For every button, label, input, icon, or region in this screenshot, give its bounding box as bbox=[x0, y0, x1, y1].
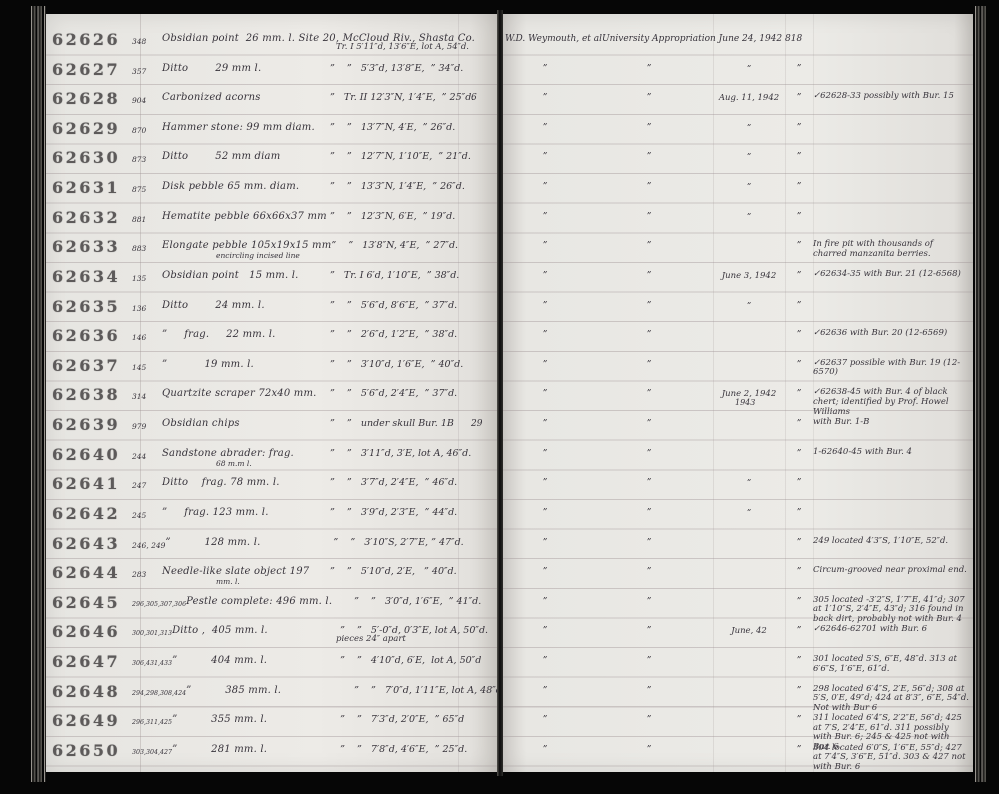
ditto-mark: ” bbox=[785, 360, 813, 370]
specimen-numbers: 247 bbox=[132, 481, 162, 490]
description-note: mm. l. bbox=[216, 577, 240, 586]
fund-accession: ” bbox=[585, 212, 713, 222]
catalog-number-stamp: 62640 bbox=[46, 445, 132, 464]
description: ” 281 mm. l. bbox=[172, 744, 340, 755]
collector: ” bbox=[503, 93, 585, 103]
ledger-row-right: ” ” June 3, 1942 ” ✓62634-35 with Bur. 2… bbox=[503, 263, 973, 293]
fund-accession: ” bbox=[585, 182, 713, 192]
fund-accession: ” bbox=[585, 64, 713, 74]
specimen-numbers: 244 bbox=[132, 452, 162, 461]
ledger-row: 62627 357 Ditto 29 mm l. ” ” 5′3″d, 13′8… bbox=[46, 56, 497, 86]
ditto-mark: ” bbox=[785, 241, 813, 251]
specimen-numbers: 306,431,433 bbox=[132, 660, 172, 667]
fund-accession: ” bbox=[585, 152, 713, 162]
description: ” frag. 22 mm. l. bbox=[162, 329, 330, 340]
description: Hematite pebble 66x66x37 mm bbox=[162, 211, 330, 222]
right-page-rows: W.D. Weymouth, et al University Appropri… bbox=[503, 26, 973, 772]
remarks: Circum-grooved near proximal end. bbox=[813, 566, 973, 576]
specimen-numbers: 296,305,307,306 bbox=[132, 601, 186, 608]
ledger-row-right: ” ” ” ” bbox=[503, 293, 973, 323]
collector: ” bbox=[503, 715, 585, 725]
catalog-number-stamp: 62637 bbox=[46, 356, 132, 375]
collector: W.D. Weymouth, et al bbox=[503, 34, 602, 44]
provenience: ” ” 5′6″d, 2′4″E, ” 37″d. bbox=[330, 388, 497, 399]
collector: ” bbox=[503, 538, 585, 548]
catalog-number-stamp: 62626 bbox=[46, 30, 132, 49]
ledger-row-right: ” ” ” In fire pit with thousands of char… bbox=[503, 233, 973, 263]
specimen-numbers: 283 bbox=[132, 570, 162, 579]
provenience: ” ” 7′8″d, 4′6″E, ” 25″d. bbox=[340, 744, 497, 755]
catalog-number-stamp: 62638 bbox=[46, 385, 132, 404]
collector: ” bbox=[503, 152, 585, 162]
ledger-row-right: ” ” ” ✓62637 possible with Bur. 19 (12-6… bbox=[503, 352, 973, 382]
remarks: 249 located 4′3″S, 1′10″E, 52″d. bbox=[813, 537, 973, 547]
ditto-mark: ” bbox=[785, 330, 813, 340]
remarks: 304 located 6′0″S, 1′6″E, 55″d; 427 at 7… bbox=[813, 744, 973, 773]
description: ” 128 mm. l. bbox=[165, 537, 333, 548]
ditto-mark: ” bbox=[785, 538, 813, 548]
ledger-row: 62632 881 Hematite pebble 66x66x37 mm ” … bbox=[46, 204, 497, 234]
date: Aug. 11, 1942 bbox=[713, 93, 785, 103]
description: Obsidian point 15 mm. l. bbox=[162, 270, 330, 281]
catalog-number-stamp: 62631 bbox=[46, 178, 132, 197]
ledger-row: 62645 296,305,307,306 Pestle complete: 4… bbox=[46, 589, 497, 619]
description: Ditto 52 mm diam bbox=[162, 151, 330, 162]
provenience: ” ” 4′10″d, 6′E, lot A, 50″d bbox=[340, 655, 497, 666]
catalog-number-stamp: 62649 bbox=[46, 711, 132, 730]
collector: ” bbox=[503, 686, 585, 696]
ledger-row: 62650 303,304,427 ” 281 mm. l. ” ” 7′8″d… bbox=[46, 737, 497, 767]
catalog-number-stamp: 62632 bbox=[46, 208, 132, 227]
description: ” 19 mm. l. bbox=[162, 359, 330, 370]
remarks: with Bur. 1-B bbox=[813, 418, 973, 428]
date: June 3, 1942 bbox=[713, 271, 785, 281]
catalog-number-stamp: 62642 bbox=[46, 504, 132, 523]
collector: ” bbox=[503, 301, 585, 311]
ditto-mark: ” bbox=[785, 64, 813, 74]
ledger-row-right: ” ” ” with Bur. 1-B bbox=[503, 411, 973, 441]
date: ” bbox=[713, 64, 785, 74]
provenience: ” ” 3′7″d, 2′4″E, ” 46″d. bbox=[330, 477, 497, 488]
description: Hammer stone: 99 mm diam. bbox=[162, 122, 330, 133]
fund-accession: ” bbox=[585, 360, 713, 370]
provenience: ” ” 5′10″d, 2′E, ” 40″d. bbox=[330, 566, 497, 577]
ledger-row: 62633 883 Elongate pebble 105x19x15 mm ”… bbox=[46, 233, 497, 263]
catalog-number-stamp: 62628 bbox=[46, 89, 132, 108]
catalog-number-stamp: 62644 bbox=[46, 563, 132, 582]
ditto-mark: ” bbox=[785, 567, 813, 577]
specimen-numbers: 979 bbox=[132, 422, 162, 431]
ledger-row-right: ” ” ” ✓62636 with Bur. 20 (12-6569) bbox=[503, 322, 973, 352]
provenience: ” ” 3′11″d, 3′E, lot A, 46″d. bbox=[330, 448, 497, 459]
ditto-mark: ” bbox=[785, 449, 813, 459]
fund-accession: ” bbox=[585, 271, 713, 281]
collector: ” bbox=[503, 419, 585, 429]
ledger-row: 62643 246, 249 ” 128 mm. l. ” ” 3′10″S, … bbox=[46, 530, 497, 560]
ledger-row-right: ” ” ” 301 located 5′S, 6″E, 48″d. 313 at… bbox=[503, 648, 973, 678]
provenience: ” ” 7′3″d, 2′0″E, ” 65″d bbox=[340, 714, 497, 725]
ledger-row-right: ” ” ” ” bbox=[503, 56, 973, 86]
provenience: ” ” 13′3″N, 1′4″E, ” 26″d. bbox=[330, 181, 497, 192]
description: ” 355 mm. l. bbox=[172, 714, 340, 725]
ledger-row: 62638 314 Quartzite scraper 72x40 mm. ” … bbox=[46, 381, 497, 411]
specimen-numbers: 875 bbox=[132, 185, 162, 194]
ledger-page-right: W.D. Weymouth, et al University Appropri… bbox=[503, 14, 973, 772]
provenience: ” ” 13′8″N, 4″E, ” 27″d. bbox=[331, 240, 497, 251]
description: Ditto frag. 78 mm. l. bbox=[162, 477, 330, 488]
description-note: 68 m.m l. bbox=[216, 459, 252, 468]
fund-accession: ” bbox=[585, 419, 713, 429]
fund-accession: ” bbox=[585, 567, 713, 577]
description: Pestle complete: 496 mm. l. bbox=[186, 596, 354, 607]
provenience-note: Tr. I 5′11″d, 13′6″E, lot A, 54″d. bbox=[336, 42, 469, 52]
provenience: ” ” 12′7″N, 1′10″E, ” 21″d. bbox=[330, 151, 497, 162]
specimen-numbers: 314 bbox=[132, 392, 162, 401]
catalog-number-stamp: 62643 bbox=[46, 534, 132, 553]
ledger-row: 62641 247 Ditto frag. 78 mm. l. ” ” 3′7″… bbox=[46, 470, 497, 500]
description: Carbonized acorns bbox=[162, 92, 330, 103]
ledger-row: 62644 283 Needle-like slate object 197 ”… bbox=[46, 559, 497, 589]
ditto-mark: ” bbox=[785, 389, 813, 399]
ledger-row: 62642 245 ” frag. 123 mm. l. ” ” 3′9″d, … bbox=[46, 500, 497, 530]
fund-accession: ” bbox=[585, 656, 713, 666]
ledger-row-right: ” ” ” 305 located -3′2″S, 1′7″E, 41″d; 3… bbox=[503, 589, 973, 619]
ledger-row: 62630 873 Ditto 52 mm diam ” ” 12′7″N, 1… bbox=[46, 144, 497, 174]
date: ” bbox=[713, 301, 785, 311]
collector: ” bbox=[503, 212, 585, 222]
fund-accession: ” bbox=[585, 93, 713, 103]
specimen-numbers: 870 bbox=[132, 126, 162, 135]
ledger-row: 62637 145 ” 19 mm. l. ” ” 3′10″d, 1′6″E,… bbox=[46, 352, 497, 382]
date: ” bbox=[713, 212, 785, 222]
collector: ” bbox=[503, 389, 585, 399]
catalog-number-stamp: 62630 bbox=[46, 148, 132, 167]
ledger-row: 62646 300,301,313 Ditto , 405 mm. l. ” ”… bbox=[46, 618, 497, 648]
fund-accession: ” bbox=[585, 330, 713, 340]
remarks: ✓62637 possible with Bur. 19 (12-6570) bbox=[813, 359, 973, 378]
ditto-mark: ” bbox=[785, 271, 813, 281]
ditto-mark: ” bbox=[785, 182, 813, 192]
description: Quartzite scraper 72x40 mm. bbox=[162, 388, 330, 399]
catalog-number-stamp: 62633 bbox=[46, 237, 132, 256]
ditto-mark: ” bbox=[785, 419, 813, 429]
collector: ” bbox=[503, 330, 585, 340]
fund-accession: University Appropriation June 24, 1942 8… bbox=[602, 34, 802, 44]
catalog-number-stamp: 62635 bbox=[46, 297, 132, 316]
specimen-numbers: 883 bbox=[132, 244, 162, 253]
collector: ” bbox=[503, 360, 585, 370]
ledger-row-right: ” ” ” ” bbox=[503, 204, 973, 234]
description: Disk pebble 65 mm. diam. bbox=[162, 181, 330, 192]
catalog-number-stamp: 62646 bbox=[46, 622, 132, 641]
ledger-row: 62631 875 Disk pebble 65 mm. diam. ” ” 1… bbox=[46, 174, 497, 204]
count-note: 29 bbox=[471, 419, 491, 429]
ledger-row-right: ” ” ” ” bbox=[503, 115, 973, 145]
fund-accession: ” bbox=[585, 686, 713, 696]
ditto-mark: ” bbox=[785, 656, 813, 666]
catalog-number-stamp: 62648 bbox=[46, 682, 132, 701]
specimen-numbers: 904 bbox=[132, 96, 162, 105]
catalog-number-stamp: 62629 bbox=[46, 119, 132, 138]
date-note: 1943 bbox=[735, 398, 755, 407]
ledger-row: 62647 306,431,433 ” 404 mm. l. ” ” 4′10″… bbox=[46, 648, 497, 678]
collector: ” bbox=[503, 478, 585, 488]
date: ” bbox=[713, 182, 785, 192]
date: ” bbox=[713, 123, 785, 133]
fund-accession: ” bbox=[585, 478, 713, 488]
ledger-row-right: ” ” ” ” bbox=[503, 500, 973, 530]
ledger-row-right: ” ” ” 1-62640-45 with Bur. 4 bbox=[503, 441, 973, 471]
description: Needle-like slate object 197 bbox=[162, 566, 330, 577]
ditto-mark: ” bbox=[785, 93, 813, 103]
catalog-number-stamp: 62641 bbox=[46, 474, 132, 493]
ledger-row: 62648 294,298,308,424 ” 385 mm. l. ” ” 7… bbox=[46, 678, 497, 708]
collector: ” bbox=[503, 745, 585, 755]
left-page-rows: 62626 348 Obsidian point 26 mm. l. Site … bbox=[46, 26, 497, 772]
remarks: ✓62646-62701 with Bur. 6 bbox=[813, 625, 973, 635]
description: Ditto 29 mm l. bbox=[162, 63, 330, 74]
ledger-page-left: 62626 348 Obsidian point 26 mm. l. Site … bbox=[46, 14, 497, 772]
collector: ” bbox=[503, 656, 585, 666]
ditto-mark: ” bbox=[785, 686, 813, 696]
collector: ” bbox=[503, 597, 585, 607]
specimen-numbers: 294,298,308,424 bbox=[132, 690, 186, 697]
collector: ” bbox=[503, 508, 585, 518]
provenience: ” Tr. I 6′d, 1′10″E, ” 38″d. bbox=[330, 270, 497, 281]
remarks: 301 located 5′S, 6″E, 48″d. 313 at 6′6″S… bbox=[813, 655, 973, 674]
specimen-numbers: 246, 249 bbox=[132, 541, 165, 550]
remarks: ✓62628-33 possibly with Bur. 15 bbox=[813, 92, 973, 102]
remarks: 1-62640-45 with Bur. 4 bbox=[813, 448, 973, 458]
ledger-row: 62628 904 Carbonized acorns ” Tr. II 12′… bbox=[46, 85, 497, 115]
ledger-row: 62634 135 Obsidian point 15 mm. l. ” Tr.… bbox=[46, 263, 497, 293]
provenience: ” ” 7′0″d, 1′11″E, lot A, 48″d. bbox=[354, 685, 505, 696]
provenience-note: pieces 24″ apart bbox=[336, 634, 406, 644]
specimen-numbers: 135 bbox=[132, 274, 162, 283]
date: ” bbox=[713, 152, 785, 162]
ditto-mark: ” bbox=[785, 626, 813, 636]
ledger-row: 62649 296,311,425 ” 355 mm. l. ” ” 7′3″d… bbox=[46, 707, 497, 737]
catalog-number-stamp: 62650 bbox=[46, 741, 132, 760]
provenience: ” ” 2′6″d, 1′2″E, ” 38″d. bbox=[330, 329, 497, 340]
page-stack-edge-right bbox=[973, 6, 986, 782]
provenience: ” ” 5′6″d, 8′6″E, ” 37″d. bbox=[330, 300, 497, 311]
specimen-numbers: 296,311,425 bbox=[132, 719, 172, 726]
specimen-numbers: 348 bbox=[132, 37, 162, 46]
description: Sandstone abrader: frag. bbox=[162, 448, 330, 459]
catalog-number-stamp: 62647 bbox=[46, 652, 132, 671]
catalog-number-stamp: 62627 bbox=[46, 60, 132, 79]
specimen-numbers: 357 bbox=[132, 67, 162, 76]
catalog-number-stamp: 62645 bbox=[46, 593, 132, 612]
collector: ” bbox=[503, 241, 585, 251]
ledger-row-right: ” ” ” 304 located 6′0″S, 1′6″E, 55″d; 42… bbox=[503, 737, 973, 767]
collector: ” bbox=[503, 626, 585, 636]
provenience: ” ” 3′0″d, 1′6″E, ” 41″d. bbox=[354, 596, 497, 607]
specimen-numbers: 136 bbox=[132, 304, 162, 313]
fund-accession: ” bbox=[585, 745, 713, 755]
specimen-numbers: 245 bbox=[132, 511, 162, 520]
ditto-mark: ” bbox=[785, 715, 813, 725]
remarks: ✓62636 with Bur. 20 (12-6569) bbox=[813, 329, 973, 339]
provenience: ” ” 13′7″N, 4′E, ” 26″d. bbox=[330, 122, 497, 133]
ledger-row: 62636 146 ” frag. 22 mm. l. ” ” 2′6″d, 1… bbox=[46, 322, 497, 352]
catalog-number-stamp: 62634 bbox=[46, 267, 132, 286]
ditto-mark: ” bbox=[785, 597, 813, 607]
ledger-row-right: ” ” ” ” bbox=[503, 470, 973, 500]
fund-accession: ” bbox=[585, 301, 713, 311]
count-note: 6 bbox=[471, 93, 491, 103]
ditto-mark: ” bbox=[785, 212, 813, 222]
fund-accession: ” bbox=[585, 123, 713, 133]
specimen-numbers: 145 bbox=[132, 363, 162, 372]
collector: ” bbox=[503, 182, 585, 192]
provenience: ” ” 3′9″d, 2′3″E, ” 44″d. bbox=[330, 507, 497, 518]
fund-accession: ” bbox=[585, 241, 713, 251]
ledger-row-right: ” ” ” 311 located 6′4″S, 2′2″E, 56″d; 42… bbox=[503, 707, 973, 737]
specimen-numbers: 303,304,427 bbox=[132, 749, 172, 756]
ditto-mark: ” bbox=[785, 478, 813, 488]
ledger-row-right: ” ” ” ” bbox=[503, 144, 973, 174]
ditto-mark: ” bbox=[785, 745, 813, 755]
collector: ” bbox=[503, 271, 585, 281]
description: ” 404 mm. l. bbox=[172, 655, 340, 666]
ledger-row: 62639 979 Obsidian chips ” ” under skull… bbox=[46, 411, 497, 441]
description: Obsidian chips bbox=[162, 418, 330, 429]
description: Ditto 24 mm. l. bbox=[162, 300, 330, 311]
ditto-mark: ” bbox=[785, 301, 813, 311]
ditto-mark: ” bbox=[785, 508, 813, 518]
scanned-ledger-photo: 62626 348 Obsidian point 26 mm. l. Site … bbox=[0, 0, 999, 794]
provenience: ” ” 3′10″d, 1′6″E, ” 40″d. bbox=[330, 359, 497, 370]
fund-accession: ” bbox=[585, 538, 713, 548]
catalog-number-stamp: 62639 bbox=[46, 415, 132, 434]
fund-accession: ” bbox=[585, 597, 713, 607]
specimen-numbers: 881 bbox=[132, 215, 162, 224]
ledger-row: 62640 244 Sandstone abrader: frag. ” ” 3… bbox=[46, 441, 497, 471]
collector: ” bbox=[503, 449, 585, 459]
ledger-row-right: ” ” ” 249 located 4′3″S, 1′10″E, 52″d. bbox=[503, 530, 973, 560]
specimen-numbers: 146 bbox=[132, 333, 162, 342]
date: ” bbox=[713, 478, 785, 488]
ledger-row: 62635 136 Ditto 24 mm. l. ” ” 5′6″d, 8′6… bbox=[46, 293, 497, 323]
fund-accession: ” bbox=[585, 626, 713, 636]
ledger-row-right: W.D. Weymouth, et al University Appropri… bbox=[503, 26, 973, 56]
description-note: encircling incised line bbox=[216, 251, 300, 260]
collector: ” bbox=[503, 64, 585, 74]
ledger-row: 62626 348 Obsidian point 26 mm. l. Site … bbox=[46, 26, 497, 56]
description: ” 385 mm. l. bbox=[186, 685, 354, 696]
provenience: ” ” 12′3″N, 6′E, ” 19″d. bbox=[330, 211, 497, 222]
date: June, 42 bbox=[713, 626, 785, 636]
provenience: ” ” 3′10″S, 2′7″E, ” 47″d. bbox=[333, 537, 497, 548]
provenience: ” ” 5′3″d, 13′8″E, ” 34″d. bbox=[330, 63, 497, 74]
remarks: ✓62634-35 with Bur. 21 (12-6568) bbox=[813, 270, 973, 280]
ditto-mark: ” bbox=[785, 152, 813, 162]
fund-accession: ” bbox=[585, 715, 713, 725]
collector: ” bbox=[503, 123, 585, 133]
specimen-numbers: 300,301,313 bbox=[132, 630, 172, 637]
specimen-numbers: 873 bbox=[132, 155, 162, 164]
ledger-row-right: ” ” June, 42 ” ✓62646-62701 with Bur. 6 bbox=[503, 618, 973, 648]
collector: ” bbox=[503, 567, 585, 577]
ditto-mark: ” bbox=[785, 123, 813, 133]
fund-accession: ” bbox=[585, 389, 713, 399]
catalog-number-stamp: 62636 bbox=[46, 326, 132, 345]
ledger-row-right: ” ” June 2, 1942 ” ✓62638-45 with Bur. 4… bbox=[503, 381, 973, 411]
fund-accession: ” bbox=[585, 508, 713, 518]
ledger-row-right: ” ” ” ” bbox=[503, 174, 973, 204]
ledger-row-right: ” ” ” 298 located 6′4″S, 2′E, 56″d; 308 … bbox=[503, 678, 973, 708]
fund-accession: ” bbox=[585, 449, 713, 459]
ledger-row-right: ” ” Aug. 11, 1942 ” ✓62628-33 possibly w… bbox=[503, 85, 973, 115]
description: Elongate pebble 105x19x15 mm bbox=[162, 240, 331, 251]
description: Ditto , 405 mm. l. bbox=[172, 625, 340, 636]
page-stack-edge-left bbox=[29, 6, 46, 782]
description: ” frag. 123 mm. l. bbox=[162, 507, 330, 518]
ledger-row-right: ” ” ” Circum-grooved near proximal end. bbox=[503, 559, 973, 589]
remarks: In fire pit with thousands of charred ma… bbox=[813, 240, 973, 259]
ledger-row: 62629 870 Hammer stone: 99 mm diam. ” ” … bbox=[46, 115, 497, 145]
date: ” bbox=[713, 508, 785, 518]
